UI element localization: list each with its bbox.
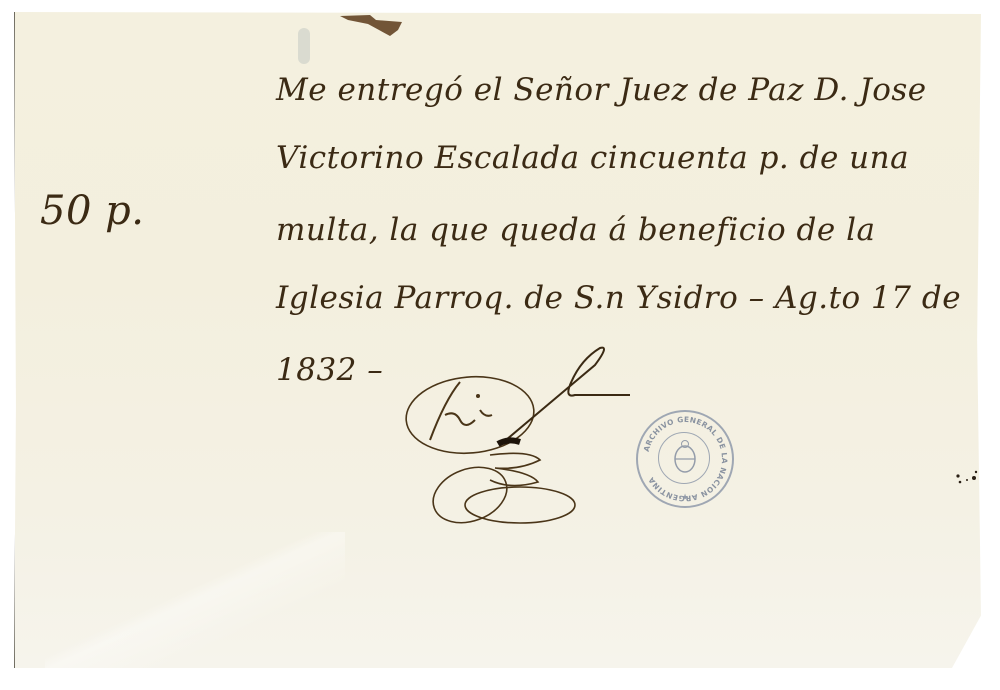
text-line-2: Victorino Escalada cincuenta p. de una	[276, 140, 909, 176]
water-stain	[298, 28, 310, 64]
text-line-3: multa, la que queda á beneficio de la	[276, 212, 875, 248]
amount-margin-note: 50 p.	[40, 188, 144, 234]
archive-stamp: ARCHIVO GENERAL DE LA NACION ARGENTINA ★	[636, 410, 734, 508]
text-line-4: Iglesia Parroq. de S.n Ysidro – Ag.to 17…	[276, 280, 961, 316]
paper-tear-mark	[340, 12, 420, 38]
ink-specks	[955, 470, 985, 490]
svg-text:★: ★	[681, 493, 689, 503]
signature-flourish	[400, 340, 640, 540]
text-line-1: Me entregó el Señor Juez de Paz D. Jose	[276, 72, 927, 108]
text-line-5: 1832 –	[276, 352, 383, 388]
